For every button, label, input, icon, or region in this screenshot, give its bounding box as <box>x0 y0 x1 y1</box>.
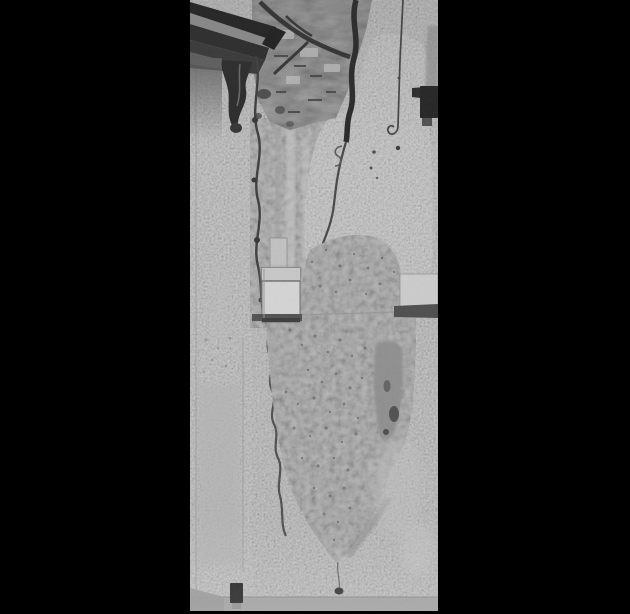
wall-photo-graphic <box>190 0 438 611</box>
photograph: Black-and-white photograph of a tall wea… <box>190 0 438 611</box>
tone-gradient <box>190 0 438 611</box>
page-background: { "page": { "background_color": "#000000… <box>0 0 630 614</box>
